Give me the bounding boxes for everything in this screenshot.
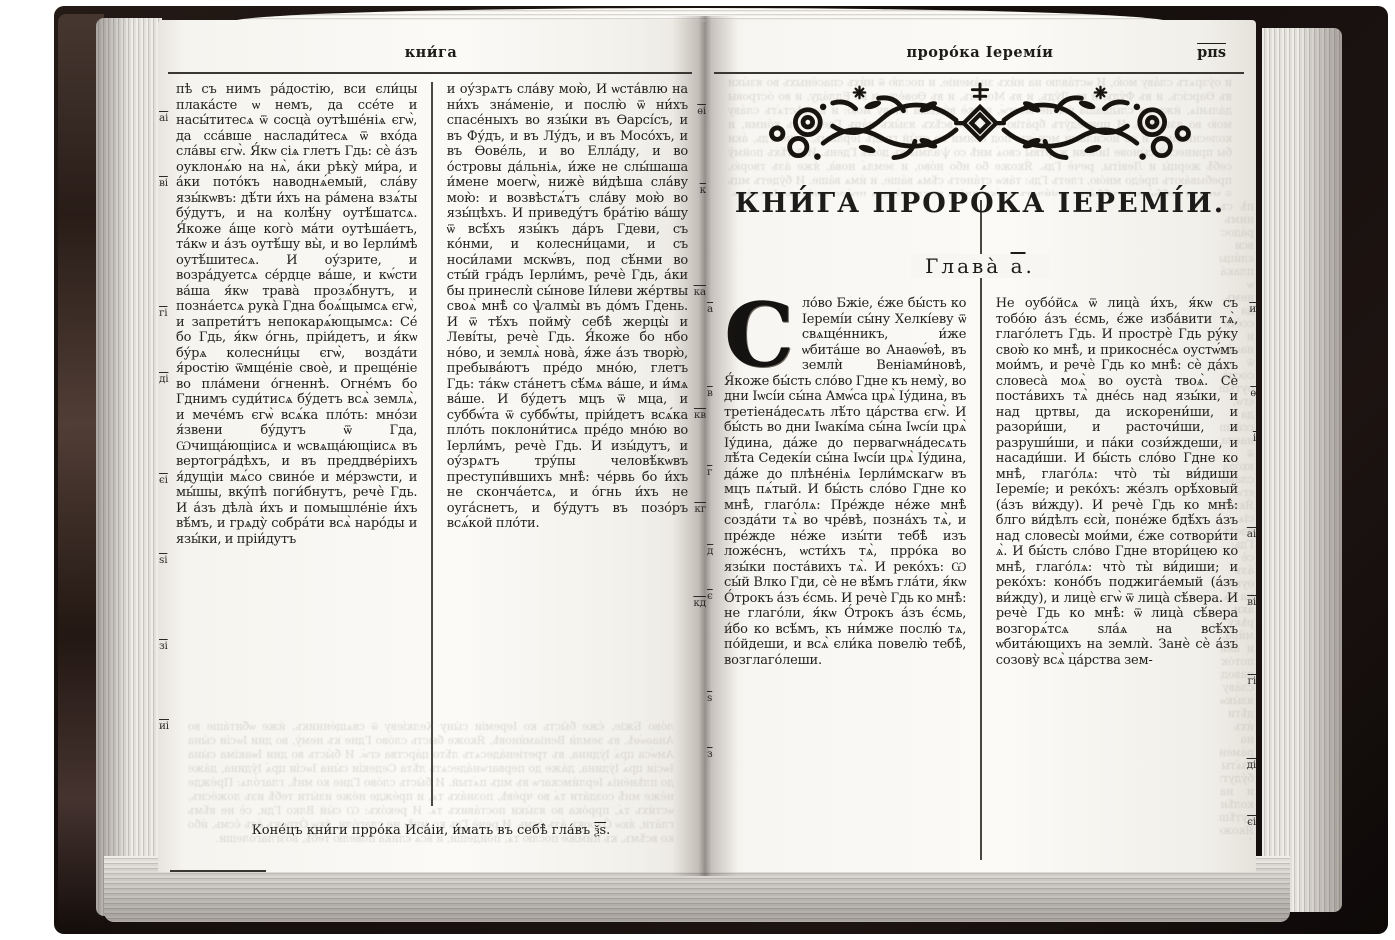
verse-marker: ді xyxy=(1247,758,1256,774)
header-rule-right xyxy=(714,72,1244,74)
verse-marker: кг xyxy=(694,502,706,518)
verse-marker: иі xyxy=(159,719,169,735)
book-title: КНИ́ГА ПРОРО́КА ІЕРЕМІ́И. xyxy=(704,188,1256,219)
column-divider-left-page xyxy=(431,82,433,806)
page-edges-right xyxy=(1262,28,1342,912)
chapter-numeral: а xyxy=(1011,254,1026,278)
colophon-period: . xyxy=(606,823,610,838)
verse-marker: г xyxy=(707,465,712,481)
verse-marker: кд xyxy=(693,596,706,612)
verse-marker: гі xyxy=(1248,674,1256,690)
verse-marker: в xyxy=(707,386,713,402)
signature-rule xyxy=(170,870,266,872)
left-page-column-2: и оу́зрѧтъ сла́ву мою̀, И ѡста́влю на ни… xyxy=(447,82,688,806)
verse-marker: ві xyxy=(159,176,168,192)
chapter-period: . xyxy=(1026,254,1035,278)
running-head-right: проро́ка Іеремі́и xyxy=(704,44,1256,61)
chapter-label: Глава̀ xyxy=(925,254,1001,278)
column-text: пѣ съ нимъ ра́достію, вси єли́цы плака́с… xyxy=(176,82,417,547)
verse-marker: и xyxy=(1249,302,1256,318)
column-text: и оу́зрѧтъ сла́ву мою̀, И ѡста́влю на ни… xyxy=(447,82,688,531)
header-rule-left xyxy=(168,72,692,74)
verse-marker: ді xyxy=(159,372,168,388)
headpiece-ornament xyxy=(760,80,1200,172)
right-page-column-2: Не оубо́йсѧ ѿ лица̀ и́хъ, я́кѡ съ тобо́ю… xyxy=(996,296,1238,860)
verse-marker: а xyxy=(707,302,713,318)
left-page: ло́во Бжіе, є́же бы́сть ко Іеремі́и сы́н… xyxy=(158,20,704,872)
book-photo: ло́во Бжіе, є́же бы́сть ко Іеремі́и сы́н… xyxy=(0,0,1395,940)
chapter-count-numeral: ѯѕ xyxy=(594,823,606,838)
verse-marker: д xyxy=(707,544,713,560)
left-page-column-1: пѣ съ нимъ ра́достію, вси єли́цы плака́с… xyxy=(176,82,417,806)
verse-marker: і xyxy=(1253,431,1256,447)
column-text: Не оубо́йсѧ ѿ лица̀ и́хъ, я́кѡ съ тобо́ю… xyxy=(996,296,1238,668)
right-page-column-1: С ло́во Бжіе, є́же бы́сть ко Іеремі́и сы… xyxy=(724,296,966,860)
colophon-text: Коне́цъ кни́ги прро́ка Иса́іи, и́мать въ… xyxy=(252,823,595,838)
verse-marker: єі xyxy=(159,473,168,489)
verse-marker: ка xyxy=(694,285,706,301)
drop-cap-initial: С xyxy=(724,296,802,366)
colophon-line: Коне́цъ кни́ги прро́ка Иса́іи, и́мать въ… xyxy=(178,822,684,838)
verse-marker: єі xyxy=(1247,815,1256,831)
verse-marker: є xyxy=(707,589,713,605)
verse-marker: ѳ xyxy=(1250,386,1256,402)
verse-marker: ві xyxy=(1247,595,1256,611)
verse-marker: гі xyxy=(159,306,167,322)
verse-marker: аі xyxy=(159,111,168,127)
page-number: рпѕ xyxy=(1197,44,1226,61)
running-head-left: кни́га xyxy=(158,44,704,61)
chapter-heading: Глава̀ а. xyxy=(704,254,1256,278)
right-page: и оу́зрѧтъ сла́ву мою̀, И ѡста́влю на ни… xyxy=(704,20,1256,872)
verse-marker: кв xyxy=(694,408,706,424)
verse-marker: ѕі xyxy=(159,553,167,569)
column-divider-right-page xyxy=(980,296,982,860)
page-edges-left xyxy=(96,18,162,916)
verse-marker: ѳі xyxy=(697,104,706,120)
verse-marker: аі xyxy=(1247,527,1256,543)
verse-marker: з xyxy=(707,747,713,763)
verse-marker: зі xyxy=(159,639,168,655)
verse-marker: ѕ xyxy=(707,691,712,707)
